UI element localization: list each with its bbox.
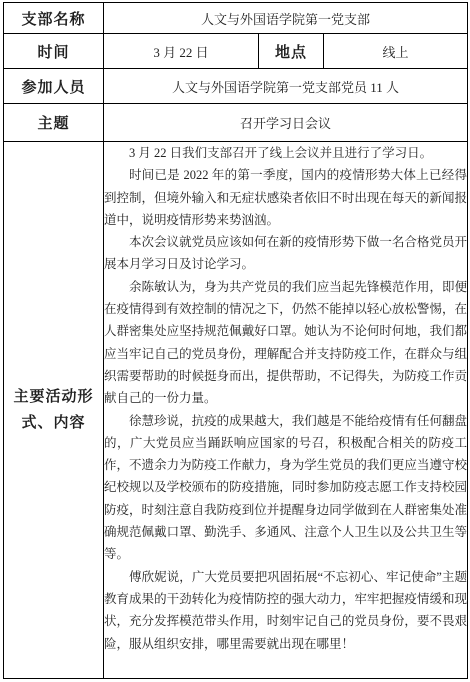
activity-row: 主要活动形式、内容 3 月 22 日我们支部召开了线上会议并且进行了学习日。 时…: [4, 142, 468, 679]
activity-paragraph-3: 本次会议就党员应该如何在新的疫情形势下做一名合格党员开展本月学习日及讨论学习。: [104, 231, 467, 276]
time-location-row: 时间 3 月 22 日 地点 线上: [4, 34, 468, 69]
activity-paragraph-4: 余陈敏认为，身为共产党员的我们应当起先锋模范作用，即便在疫情得到有效控制的情况之…: [104, 276, 467, 410]
participants-label: 参加人员: [4, 69, 104, 104]
location-label: 地点: [259, 34, 324, 69]
time-value: 3 月 22 日: [104, 34, 259, 69]
activity-paragraph-2: 时间已是 2022 年的第一季度，国内的疫情形势大体上已经得到控制，但境外输入和…: [104, 164, 467, 231]
activity-content: 3 月 22 日我们支部召开了线上会议并且进行了学习日。 时间已是 2022 年…: [104, 142, 468, 679]
branch-name-label: 支部名称: [4, 3, 104, 34]
topic-value: 召开学习日会议: [104, 104, 468, 142]
branch-name-value: 人文与外国语学院第一党支部: [104, 3, 468, 34]
activity-label: 主要活动形式、内容: [4, 142, 104, 679]
topic-row: 主题 召开学习日会议: [4, 104, 468, 142]
time-label: 时间: [4, 34, 104, 69]
participants-value: 人文与外国语学院第一党支部党员 11 人: [104, 69, 468, 104]
location-value: 线上: [324, 34, 468, 69]
activity-paragraph-5: 徐慧珍说，抗疫的成果越大，我们越是不能给疫情有任何翻盘的，广大党员应当踊跃响应国…: [104, 410, 467, 566]
participants-row: 参加人员 人文与外国语学院第一党支部党员 11 人: [4, 69, 468, 104]
branch-name-row: 支部名称 人文与外国语学院第一党支部: [4, 3, 468, 34]
activity-paragraph-1: 3 月 22 日我们支部召开了线上会议并且进行了学习日。: [104, 142, 467, 164]
activity-paragraph-6: 傅欣妮说，广大党员要把巩固拓展“不忘初心、牢记使命”主题教育成果的干劲转化为疫情…: [104, 566, 467, 655]
record-table: 支部名称 人文与外国语学院第一党支部 时间 3 月 22 日 地点 线上 参加人…: [3, 2, 468, 679]
topic-label: 主题: [4, 104, 104, 142]
meeting-record-page: 支部名称 人文与外国语学院第一党支部 时间 3 月 22 日 地点 线上 参加人…: [0, 0, 470, 682]
